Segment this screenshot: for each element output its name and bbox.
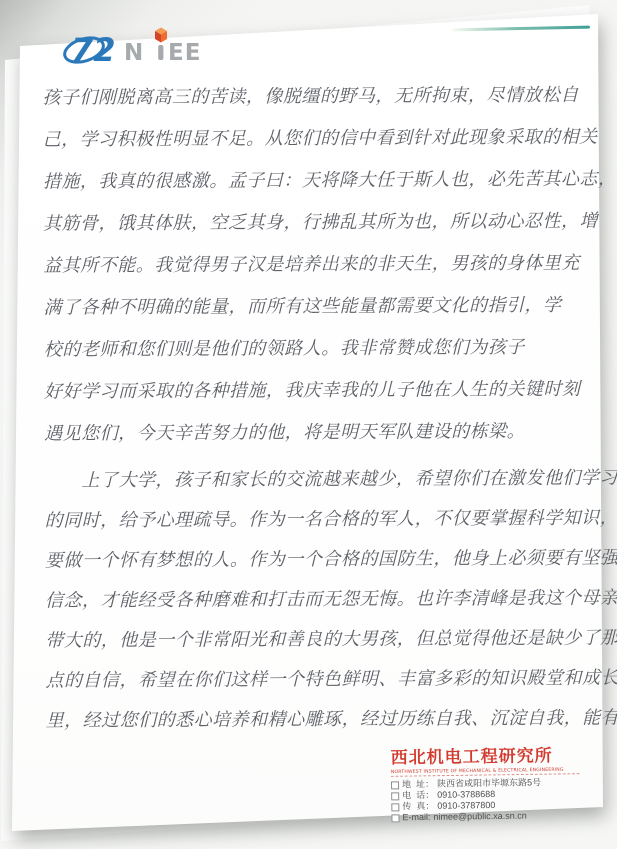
contact-value: 0910-3788688: [437, 789, 495, 801]
institute-block: 西北机电工程研究所 NORTHWEST INSTITUTE OF MECHANI…: [390, 741, 596, 824]
handwritten-line: 校的老师和您们则是他们的领路人。我非常赞成您们为孩子: [44, 327, 596, 372]
logo-72-text: 72: [71, 31, 116, 69]
institute-name-en: NORTHWEST INSTITUTE OF MECHANICAL & ELEC…: [391, 767, 580, 777]
page-background: 72 N EE 孩子们刚脱离高三的苦读，像脱缰的野马，无所拘束，尽情放松自己，学…: [0, 0, 617, 849]
institute-name: 西北机电工程研究所: [390, 741, 595, 769]
checkbox-icon: [391, 803, 399, 811]
handwritten-line: 里，经过您们的悉心培养和精心雕琢，经过历练自我、沉淀自我，能有足够的: [46, 699, 598, 742]
paragraph: 上了大学，孩子和家长的交流越来越少，希望你们在激发他们学习的同时，给予心理疏导。…: [44, 459, 597, 742]
contact-value: nimee@public.xa.sn.cn: [433, 811, 526, 823]
checkbox-icon: [391, 781, 399, 789]
handwritten-line: 满了各种不明确的能量，而所有这些能量都需要文化的指引，学: [43, 285, 595, 330]
handwritten-line: 益其所不能。我觉得男子汉是培养出来的非天生，男孩的身体里充: [43, 243, 595, 288]
logo-graphic: 72 N EE: [62, 22, 222, 70]
logo-i-stem: [158, 45, 163, 60]
logo-n-text: N: [124, 40, 143, 66]
paragraph: 孩子们刚脱离高三的苦读，像脱缰的野马，无所拘束，尽情放松自己，学习积极性明显不足…: [42, 75, 596, 456]
handwritten-line: 遇见您们，今天辛苦努力的他，将是明天军队建设的栋梁。: [44, 411, 596, 456]
contact-label: 地 址：: [402, 779, 434, 790]
handwritten-line: 措施，我真的很感激。孟子曰：天将降大任于斯人也，必先苦其心志，劳: [43, 159, 595, 204]
letter-body: 孩子们刚脱离高三的苦读，像脱缰的野马，无所拘束，尽情放松自己，学习积极性明显不足…: [42, 75, 597, 742]
handwritten-line: 其筋骨，饿其体肤，空乏其身，行拂乱其所为也，所以动心忍性，增: [43, 201, 595, 246]
contact-label: 电 话：: [402, 790, 434, 801]
contact-label: 传 真：: [402, 801, 434, 812]
contact-label: E-mail:: [402, 812, 430, 823]
handwritten-line: 己，学习积极性明显不足。从您们的信中看到针对此现象采取的相关: [42, 117, 594, 162]
handwritten-line: 点的自信，希望在你们这样一个特色鲜明、丰富多彩的知识殿堂和成长熔炉: [45, 659, 597, 702]
handwritten-line: 的同时，给予心理疏导。作为一名合格的军人，不仅要掌握科学知识，还: [44, 499, 596, 542]
contact-value: 0910-3787800: [437, 800, 495, 812]
contact-value: 陕西省咸阳市毕塬东路5号: [437, 777, 541, 789]
handwritten-line: 带大的，他是一个非常阳光和善良的大男孩，但总觉得他还是缺少了那么一点: [45, 619, 597, 662]
handwritten-line: 上了大学，孩子和家长的交流越来越少，希望你们在激发他们学习: [44, 459, 596, 502]
contact-list: 地 址：陕西省咸阳市毕塬东路5号电 话：0910-3788688传 真：0910…: [391, 777, 597, 824]
handwritten-line: 信念，才能经受各种磨难和打击而无怨无悔。也许李清峰是我这个母亲: [45, 579, 597, 622]
handwritten-line: 好好学习而采取的各种措施，我庆幸我的儿子他在人生的关键时刻: [44, 369, 596, 414]
checkbox-icon: [391, 814, 399, 822]
logo-ee-text: EE: [168, 40, 201, 66]
institute-logo: 72 N EE: [62, 22, 222, 74]
checkbox-icon: [391, 792, 399, 800]
cube-icon: [155, 28, 167, 43]
handwritten-line: 孩子们刚脱离高三的苦读，像脱缰的野马，无所拘束，尽情放松自: [42, 75, 594, 120]
handwritten-line: 要做一个怀有梦想的人。作为一个合格的国防生，他身上必须要有坚强的: [45, 539, 597, 582]
